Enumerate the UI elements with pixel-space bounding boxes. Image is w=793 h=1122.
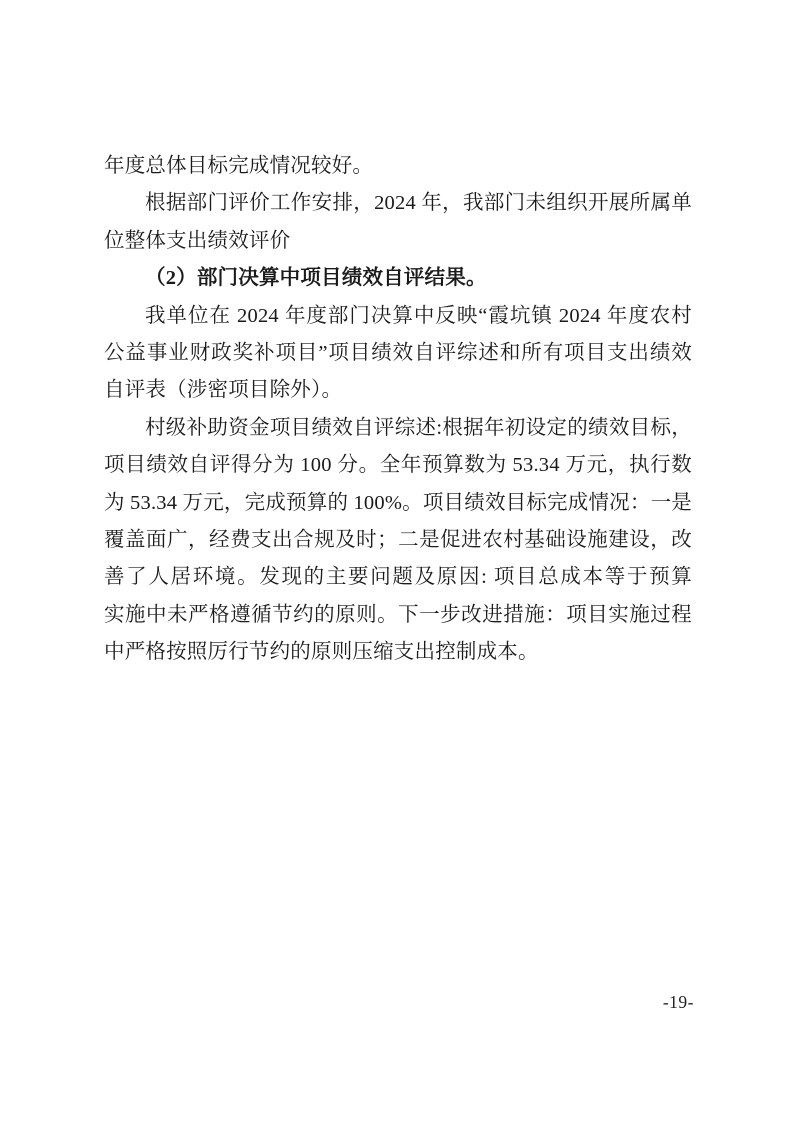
text-line: 善了人居环境。发现的主要问题及原因: 项目总成本等于预算数， (104, 559, 692, 596)
text-line: 为 53.34 万元，完成预算的 100%。项目绩效目标完成情况：一是 (104, 485, 692, 522)
text-line: 公益事业财政奖补项目”项目绩效自评综述和所有项目支出绩效 (104, 335, 692, 372)
heading-line: （2）部门决算中项目绩效自评结果。 (104, 260, 692, 297)
text-line: 位整体支出绩效评价 (104, 223, 692, 260)
document-page: 年度总体目标完成情况较好。根据部门评价工作安排，2024 年，我部门未组织开展所… (0, 0, 793, 1122)
text-line: 年度总体目标完成情况较好。 (104, 148, 692, 185)
text-line: 实施中未严格遵循节约的原则。下一步改进措施：项目实施过程 (104, 597, 692, 634)
page-number: -19- (663, 992, 694, 1013)
text-line: 中严格按照厉行节约的原则压缩支出控制成本。 (104, 634, 692, 671)
text-line: 覆盖面广，经费支出合规及时；二是促进农村基础设施建设，改 (104, 522, 692, 559)
text-line: 自评表（涉密项目除外）。 (104, 372, 692, 409)
text-line: 我单位在 2024 年度部门决算中反映“霞坑镇 2024 年度农村 (104, 298, 692, 335)
text-line: 根据部门评价工作安排，2024 年，我部门未组织开展所属单 (104, 185, 692, 222)
text-line: 项目绩效自评得分为 100 分。全年预算数为 53.34 万元，执行数 (104, 447, 692, 484)
text-line: 村级补助资金项目绩效自评综述:根据年初设定的绩效目标， (104, 410, 692, 447)
body-text: 年度总体目标完成情况较好。根据部门评价工作安排，2024 年，我部门未组织开展所… (104, 148, 692, 671)
